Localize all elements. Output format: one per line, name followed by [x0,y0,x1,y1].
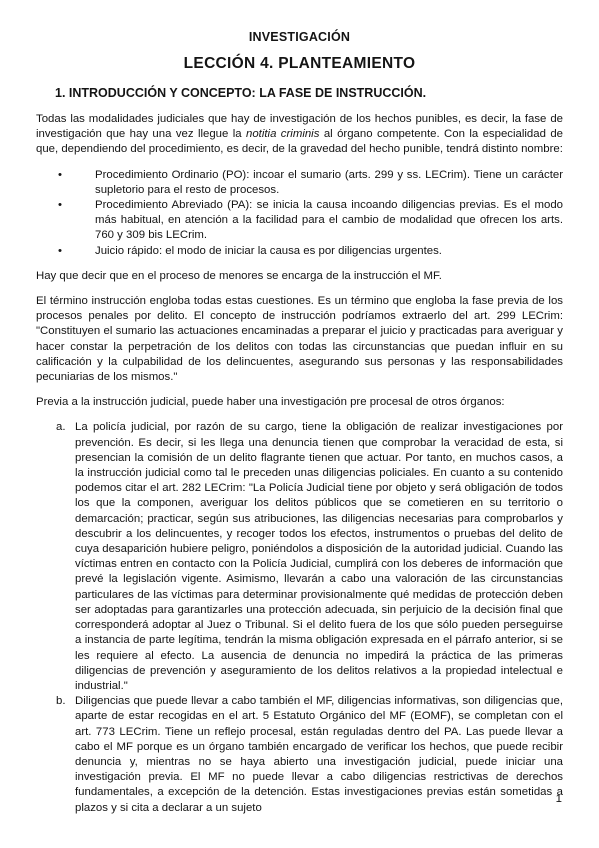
latin-term-italic: notitia criminis [246,128,319,140]
preprocess-organs-letter-list: a. La policía judicial, por razón de su … [36,420,563,815]
lesson-title: LECCIÓN 4. PLANTEAMIENTO [36,55,563,73]
paragraph-termino-instruccion: El término instrucción engloba todas est… [36,294,563,385]
letter-marker: a. [36,420,75,694]
letter-text: La policía judicial, por razón de su car… [75,420,563,694]
bullet-icon: • [36,198,95,244]
paragraph-previa-instruccion: Previa a la instrucción judicial, puede … [36,395,563,410]
document-page: INVESTIGACIÓN LECCIÓN 4. PLANTEAMIENTO 1… [0,0,599,848]
letter-marker: b. [36,694,75,816]
document-title: INVESTIGACIÓN [36,30,563,44]
procedures-bullet-list: • Procedimiento Ordinario (PO): incoar e… [36,168,563,259]
bullet-text: Procedimiento Abreviado (PA): se inicia … [95,198,563,244]
list-item-policia-judicial: a. La policía judicial, por razón de su … [36,420,563,694]
list-item-diligencias-mf: b. Diligencias que puede llevar a cabo t… [36,694,563,816]
bullet-text: Procedimiento Ordinario (PO): incoar el … [95,168,563,198]
list-item-juicio-rapido: • Juicio rápido: el modo de iniciar la c… [36,244,563,259]
bullet-icon: • [36,244,95,259]
paragraph-menores: Hay que decir que en el proceso de menor… [36,269,563,284]
paragraph-intro: Todas las modalidades judiciales que hay… [36,112,563,158]
list-item-procedimiento-ordinario: • Procedimiento Ordinario (PO): incoar e… [36,168,563,198]
bullet-text: Juicio rápido: el modo de iniciar la cau… [95,244,563,259]
letter-text: Diligencias que puede llevar a cabo tamb… [75,694,563,816]
bullet-icon: • [36,168,95,198]
page-number: 1 [556,792,562,807]
list-item-procedimiento-abreviado: • Procedimiento Abreviado (PA): se inici… [36,198,563,244]
section-heading: 1. INTRODUCCIÓN Y CONCEPTO: LA FASE DE I… [36,86,563,100]
